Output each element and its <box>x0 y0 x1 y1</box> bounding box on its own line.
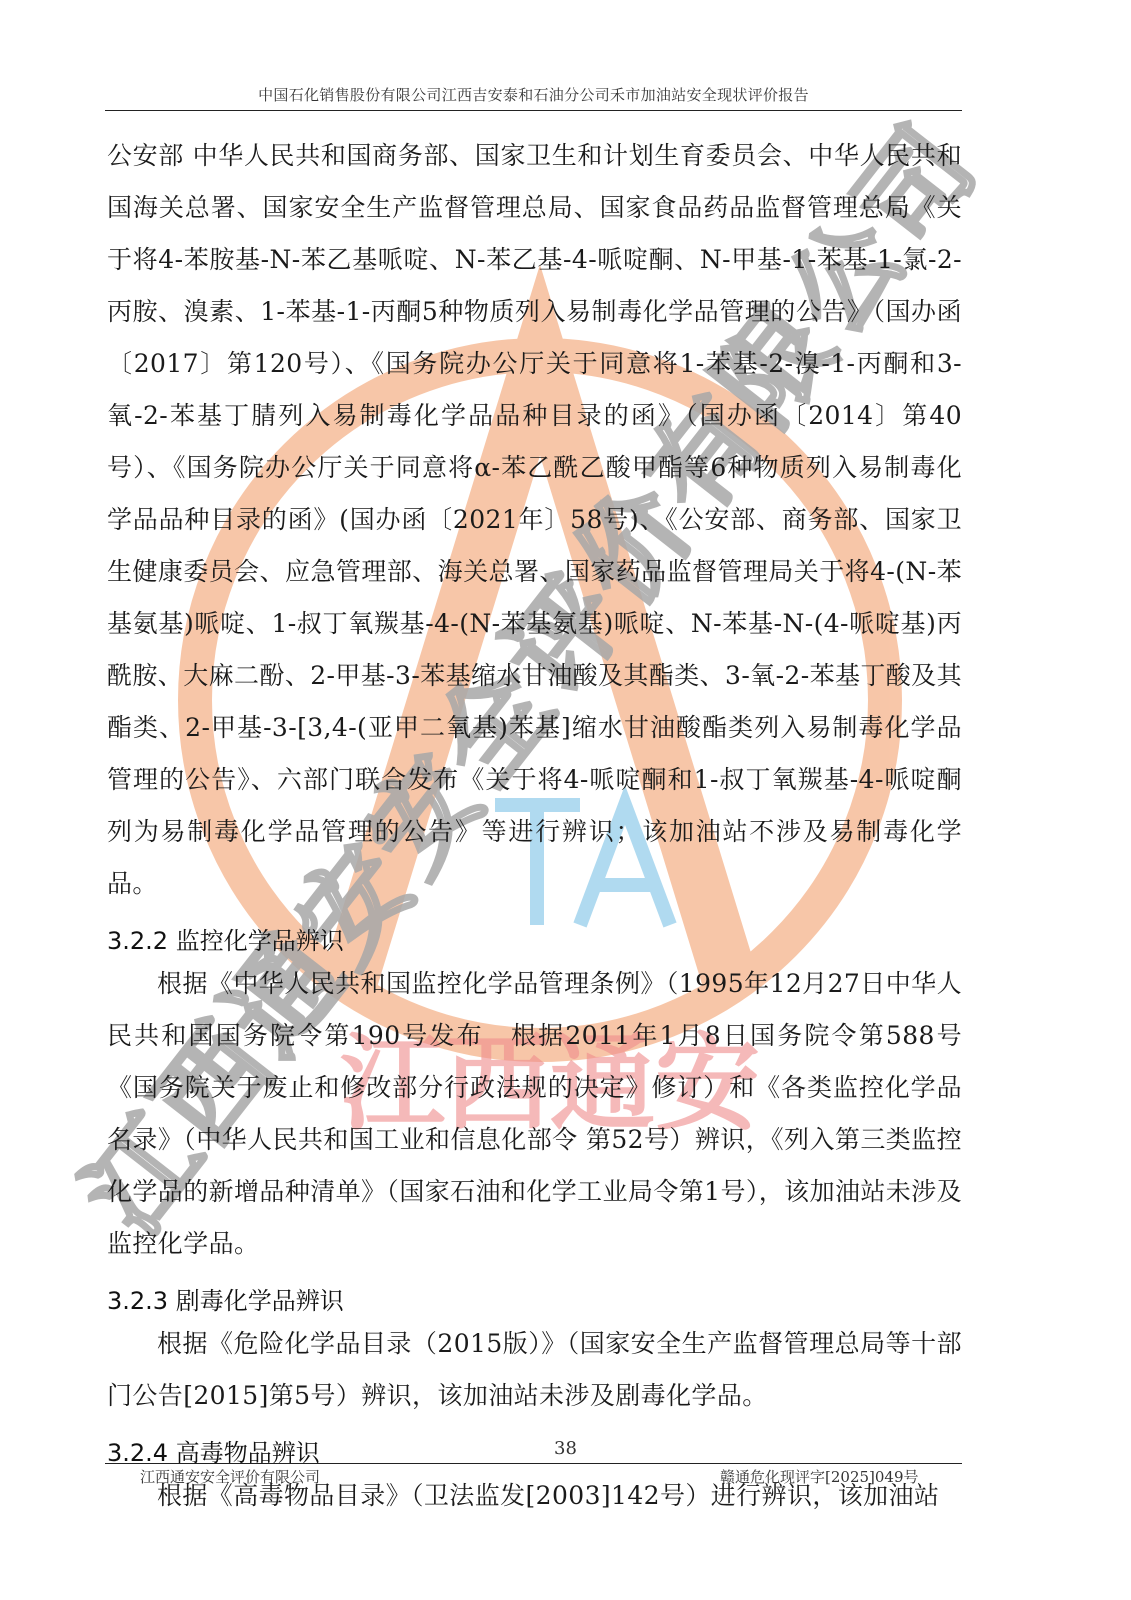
section-heading-monitored-chemicals: 3.2.2 监控化学品辨识 <box>107 924 962 958</box>
section-heading-highly-toxic-chemicals: 3.2.3 剧毒化学品辨识 <box>107 1284 962 1318</box>
report-title: 中国石化销售股份有限公司江西吉安泰和石油分公司禾市加油站安全现状评价报告 <box>258 86 809 104</box>
paragraph-highly-toxic-chemicals: 根据《危险化学品目录（2015版）》（国家安全生产监督管理总局等十部门公告[20… <box>107 1318 962 1422</box>
paragraph-monitored-chemicals: 根据《中华人民共和国监控化学品管理条例》（1995年12月27日中华人民共和国国… <box>107 958 962 1270</box>
page-header: 中国石化销售股份有限公司江西吉安泰和石油分公司禾市加油站安全现状评价报告 <box>105 84 962 111</box>
page-number: 38 <box>0 1438 1131 1459</box>
paragraph-precursor-chemicals: 公安部 中华人民共和国商务部、国家卫生和计划生育委员会、中华人民共和国海关总署、… <box>107 130 962 910</box>
paragraph-high-toxicity-items: 根据《高毒物品目录》（卫法监发[2003]142号）进行辨识，该加油站 <box>107 1470 962 1522</box>
document-body: 公安部 中华人民共和国商务部、国家卫生和计划生育委员会、中华人民共和国海关总署、… <box>107 130 962 1522</box>
